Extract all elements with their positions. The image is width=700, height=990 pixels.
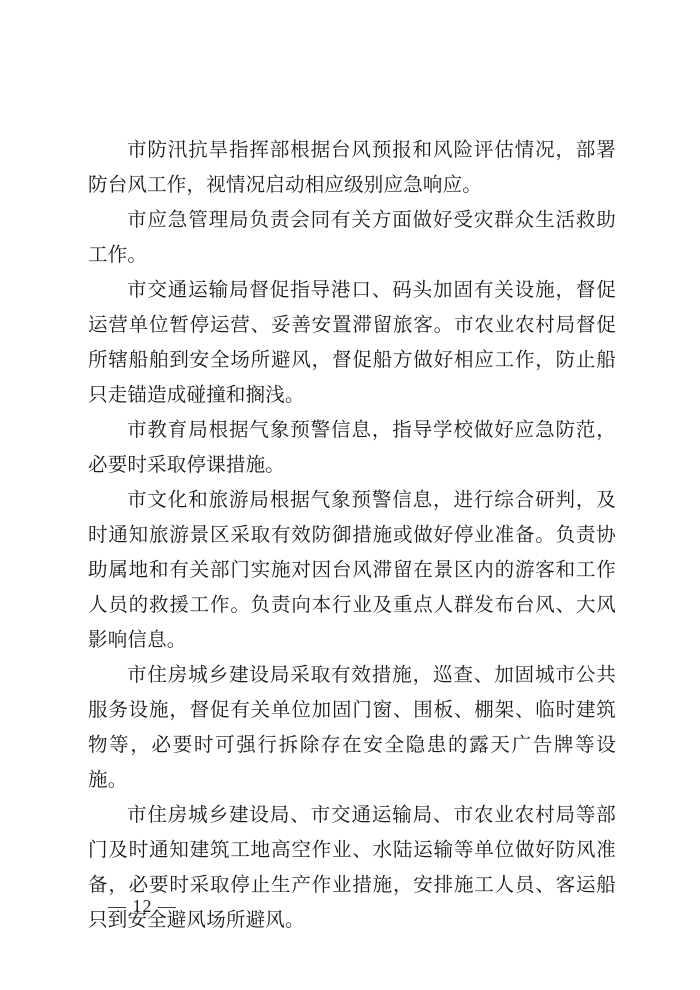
paragraph-housing-construction-bureau: 市住房城乡建设局采取有效措施，巡查、加固城市公共服务设施，督促有关单位加固门窗、… (88, 658, 616, 798)
paragraph-joint-departments-windproof: 市住房城乡建设局、市交通运输局、市农业农村局等部门及时通知建筑工地高空作业、水陆… (88, 798, 616, 938)
paragraph-culture-tourism-bureau: 市文化和旅游局根据气象预警信息，进行综合研判，及时通知旅游景区采取有效防御措施或… (88, 483, 616, 658)
paragraph-transport-agriculture-bureau: 市交通运输局督促指导港口、码头加固有关设施，督促运营单位暂停运营、妥善安置滞留旅… (88, 273, 616, 413)
document-page: 市防汛抗旱指挥部根据台风预报和风险评估情况，部署防台风工作，视情况启动相应级别应… (0, 0, 700, 990)
page-number: — 12 — (108, 896, 177, 917)
document-body: 市防汛抗旱指挥部根据台风预报和风险评估情况，部署防台风工作，视情况启动相应级别应… (88, 133, 616, 938)
paragraph-emergency-management-bureau: 市应急管理局负责会同有关方面做好受灾群众生活救助工作。 (88, 203, 616, 273)
paragraph-flood-control-hq: 市防汛抗旱指挥部根据台风预报和风险评估情况，部署防台风工作，视情况启动相应级别应… (88, 133, 616, 203)
paragraph-education-bureau: 市教育局根据气象预警信息，指导学校做好应急防范，必要时采取停课措施。 (88, 413, 616, 483)
